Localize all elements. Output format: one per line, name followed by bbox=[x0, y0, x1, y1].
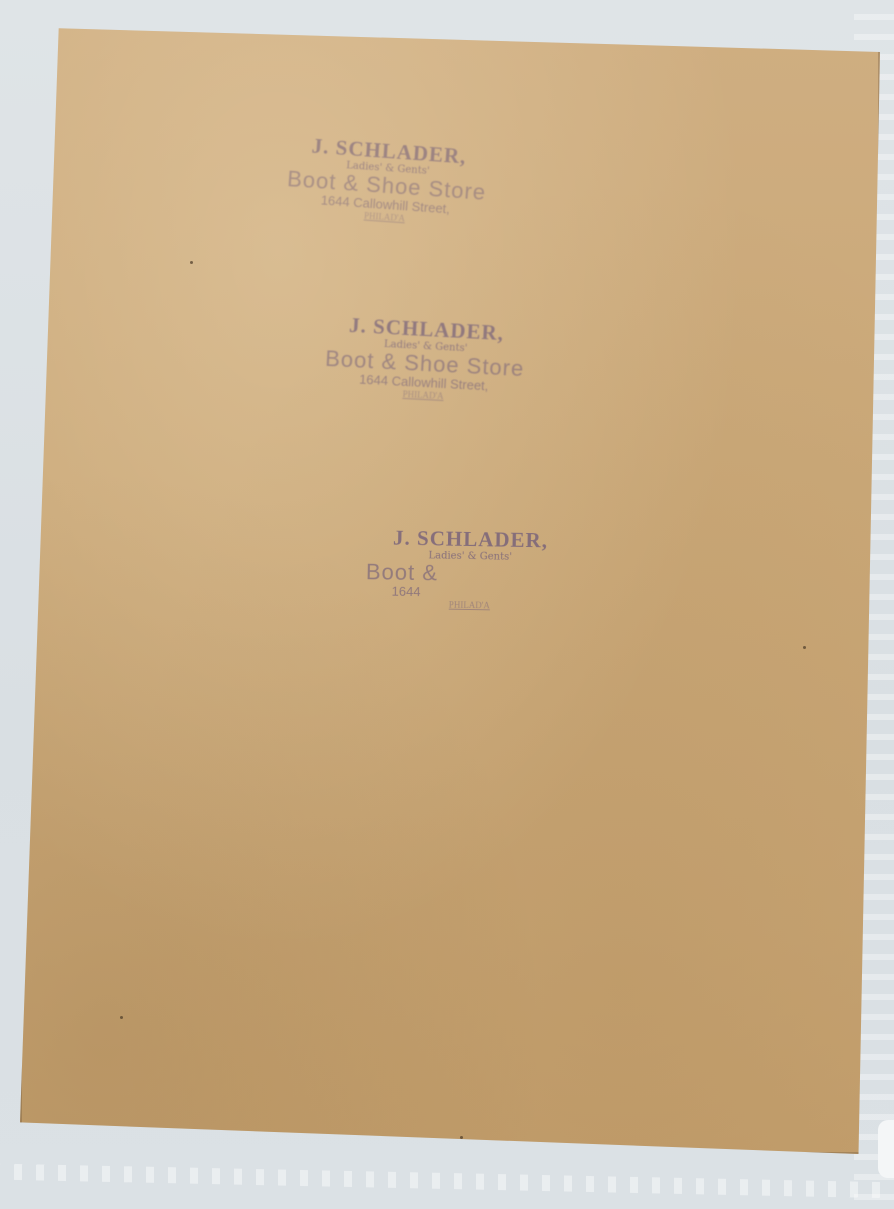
merchant-stamp-partial: J. SCHLADER, Ladies' & Gents' Boot & 164… bbox=[359, 526, 580, 612]
paper-speck bbox=[803, 646, 806, 649]
paper-speck bbox=[120, 1016, 123, 1019]
merchant-stamp-middle: J. SCHLADER, Ladies' & Gents' Boot & Sho… bbox=[298, 312, 552, 407]
plastic-sleeve-bottom bbox=[0, 1164, 894, 1199]
paper-speck bbox=[460, 1136, 463, 1139]
merchant-stamp-faint: J. SCHLADER, Ladies' & Gents' Boot & Sho… bbox=[259, 131, 514, 231]
stamp-name: J. SCHLADER, bbox=[360, 526, 580, 553]
plastic-sleeve-tab bbox=[878, 1120, 894, 1178]
paper-speck bbox=[190, 261, 193, 264]
